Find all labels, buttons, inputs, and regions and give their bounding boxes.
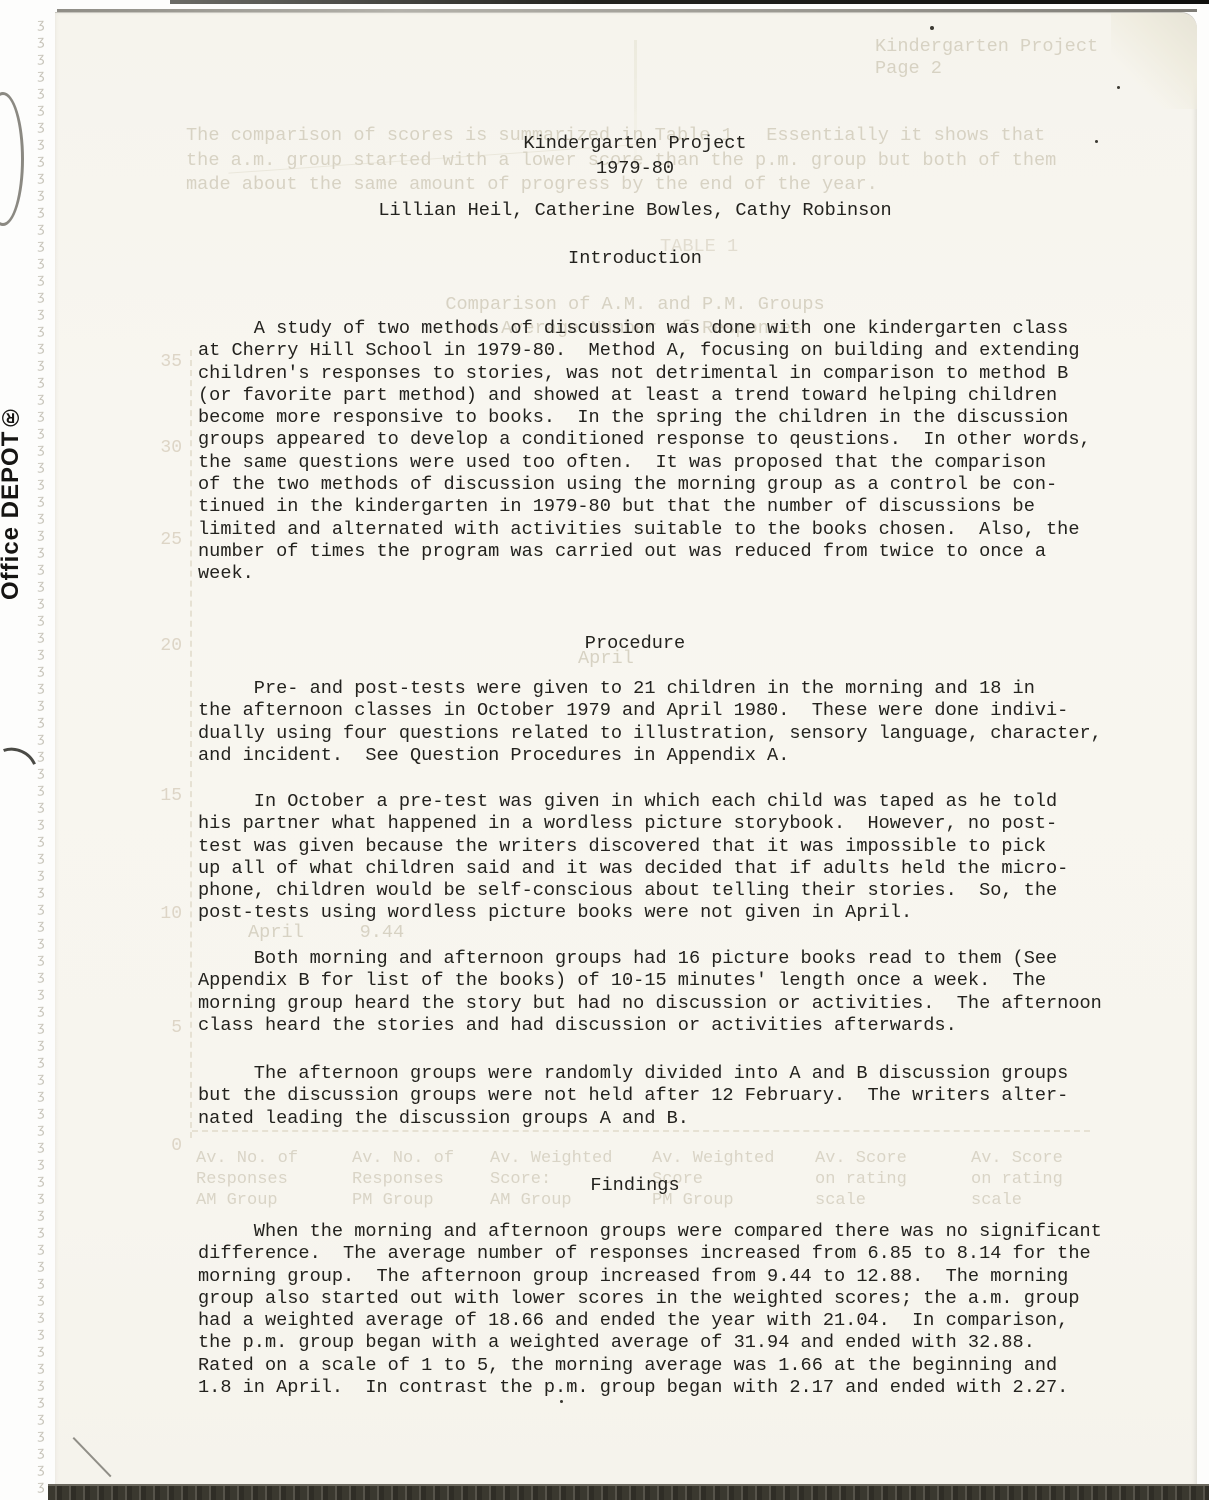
scan-bottom-band bbox=[48, 1484, 1209, 1500]
section-heading-introduction: Introduction bbox=[185, 248, 1085, 270]
authors-line: Lillian Heil, Catherine Bowles, Cathy Ro… bbox=[185, 200, 1085, 222]
bleed-april-value: April 9.44 bbox=[248, 922, 404, 944]
bleed-chart-axis-vertical bbox=[190, 350, 192, 1138]
bleed-axis-tick: 5 bbox=[138, 1018, 182, 1038]
scan-top-edge bbox=[170, 0, 1209, 4]
corner-fold-shading bbox=[1111, 13, 1197, 109]
paragraph-intro-1: A study of two methods of discussion was… bbox=[198, 318, 1091, 586]
bleed-page2-header: Kindergarten Project Page 2 bbox=[875, 36, 1098, 81]
perforation-strip: ʒ ʒ ʒ ʒ ʒ ʒ ʒ ʒ ʒ ʒ ʒ ʒ ʒ ʒ ʒ ʒ ʒ ʒ ʒ ʒ … bbox=[30, 16, 52, 1497]
paragraph-findings-1: When the morning and afternoon groups we… bbox=[198, 1221, 1102, 1399]
paper-speck bbox=[560, 1400, 563, 1403]
section-heading-findings: Findings bbox=[185, 1175, 1085, 1197]
bleed-axis-tick: 30 bbox=[138, 438, 182, 458]
paragraph-procedure-4: The afternoon groups were randomly divid… bbox=[198, 1063, 1068, 1130]
bleed-axis-tick: 15 bbox=[138, 786, 182, 806]
paper-speck bbox=[930, 26, 934, 30]
section-heading-procedure: Procedure bbox=[185, 633, 1085, 655]
bleed-axis-tick: 20 bbox=[138, 636, 182, 656]
spiral-binding-ring bbox=[0, 92, 24, 226]
paragraph-procedure-3: Both morning and afternoon groups had 16… bbox=[198, 948, 1102, 1037]
bleed-chart-axis-horizontal bbox=[192, 1130, 1090, 1132]
bleed-axis-tick: 0 bbox=[138, 1136, 182, 1156]
bleed-axis-tick: 35 bbox=[138, 352, 182, 372]
paragraph-procedure-1: Pre- and post-tests were given to 21 chi… bbox=[198, 678, 1102, 767]
paragraph-procedure-2: In October a pre-test was given in which… bbox=[198, 791, 1068, 925]
office-depot-brand: Office DEPOT® bbox=[0, 368, 25, 600]
paper-speck bbox=[1117, 86, 1120, 89]
doc-title: Kindergarten Project 1979-80 bbox=[185, 131, 1085, 181]
bleed-axis-tick: 25 bbox=[138, 530, 182, 550]
bleed-axis-tick: 10 bbox=[138, 904, 182, 924]
paper-speck bbox=[1095, 140, 1098, 143]
